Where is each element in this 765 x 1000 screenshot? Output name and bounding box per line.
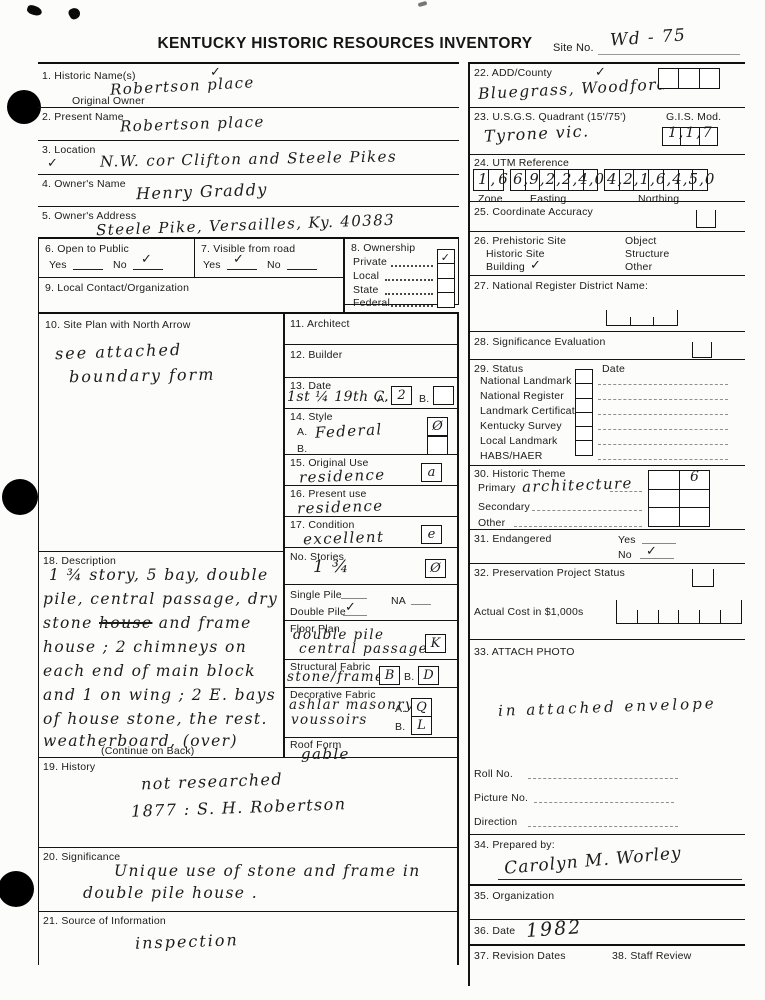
theme-grid bbox=[648, 470, 710, 527]
field-classification: 26. Prehistoric Site Historic Site Build… bbox=[468, 232, 745, 276]
no-label: No bbox=[113, 259, 127, 271]
pencil-mark bbox=[418, 1, 428, 7]
description-line: each end of main block bbox=[43, 662, 256, 680]
field-builder: 12. Builder bbox=[285, 345, 459, 378]
field-status: 29. Status Date National Landmark Nation… bbox=[468, 360, 745, 466]
add-county-codebox bbox=[658, 68, 720, 89]
nr-district-codebox bbox=[606, 310, 678, 326]
check-mark: ✓ bbox=[646, 544, 658, 559]
present-use-value: residence bbox=[297, 496, 384, 517]
code-value: Ø bbox=[432, 419, 443, 434]
structural-fabric-value: stone/frame bbox=[287, 669, 384, 685]
condition-codebox: e bbox=[421, 525, 442, 544]
na-label: NA bbox=[391, 595, 406, 607]
field-sig-eval: 28. Significance Evaluation bbox=[468, 332, 745, 360]
coordinate-accuracy-label: 25. Coordinate Accuracy bbox=[474, 206, 593, 218]
owners-address-value: Steele Pike, Versailles, Ky. 40383 bbox=[96, 211, 396, 239]
site-plan-line1: see attached bbox=[55, 340, 183, 363]
sig-eval-label: 28. Significance Evaluation bbox=[474, 336, 605, 348]
endangered-yes-label: Yes bbox=[618, 534, 636, 546]
status-national-landmark: National Landmark bbox=[480, 375, 572, 387]
theme-primary-label: Primary bbox=[478, 482, 516, 494]
style-b-codebox bbox=[427, 436, 448, 455]
no-label: No bbox=[267, 259, 281, 271]
field-source: 21. Source of Information inspection bbox=[38, 912, 459, 965]
hole-punch bbox=[2, 479, 38, 515]
site-no-label: Site No. bbox=[553, 42, 594, 55]
field-owners-address: 5. Owner's Address Steele Pike, Versaill… bbox=[38, 207, 459, 239]
field-local-contact: 9. Local Contact/Organization bbox=[38, 278, 345, 312]
field-organization: 35. Organization bbox=[468, 886, 745, 920]
decorative-fabric-a-label: A. bbox=[395, 703, 405, 715]
field-quadrant: 23. U.S.G.S. Quadrant (15'/75') G.I.S. M… bbox=[468, 108, 745, 155]
single-pile-label: Single Pile bbox=[290, 589, 342, 601]
site-no-value: Wd - 75 bbox=[609, 25, 687, 50]
yes-label: Yes bbox=[49, 259, 67, 271]
stories-value: 1 ¾ bbox=[313, 557, 350, 577]
code-value: B bbox=[385, 668, 395, 683]
status-landmark-certificate: Landmark Certificate bbox=[480, 405, 581, 417]
field-history: 19. History not researched 1877 : S. H. … bbox=[38, 758, 459, 848]
scan-artifact bbox=[67, 6, 82, 21]
field-revision-staff: 37. Revision Dates 38. Staff Review bbox=[468, 946, 745, 986]
local-contact-label: 9. Local Contact/Organization bbox=[45, 282, 189, 294]
date-a-codebox: 2 bbox=[391, 386, 412, 405]
prehistoric-site-label: 26. Prehistoric Site bbox=[474, 235, 566, 247]
add-county-label: 22. ADD/County bbox=[474, 67, 552, 79]
actual-cost-label: Actual Cost in $1,000s bbox=[474, 606, 583, 618]
ownership-federal-label: Federal bbox=[353, 297, 390, 309]
theme-primary-value: architecture bbox=[522, 474, 633, 496]
original-use-codebox: a bbox=[421, 463, 442, 482]
location-value: N.W. cor Clifton and Steele Pikes bbox=[100, 147, 397, 170]
field-owners-name: 4. Owner's Name Henry Graddy bbox=[38, 175, 459, 207]
code-value: e bbox=[428, 527, 436, 542]
staff-review-label: 38. Staff Review bbox=[612, 950, 691, 962]
field-endangered: 31. Endangered Yes No ✓ bbox=[468, 530, 745, 564]
description-line: house ; 2 chimneys on bbox=[43, 638, 247, 656]
add-county-value: Bluegrass, Woodford bbox=[478, 75, 669, 103]
date-a-label: A. bbox=[377, 393, 387, 405]
field-significance: 20. Significance Unique use of stone and… bbox=[38, 848, 459, 912]
field-original-use: 15. Original Use residence a bbox=[285, 455, 459, 486]
other-label: Other bbox=[625, 261, 652, 273]
field-ownership: 8. Ownership Private Local State Federal… bbox=[345, 239, 459, 305]
architect-label: 11. Architect bbox=[290, 318, 350, 330]
check-mark: ✓ bbox=[233, 252, 245, 267]
description-line-part: stone bbox=[43, 614, 93, 632]
original-owner-label: Original Owner bbox=[72, 95, 145, 107]
attach-photo-label: 33. ATTACH PHOTO bbox=[474, 646, 575, 658]
check-mark: ✓ bbox=[345, 600, 357, 615]
status-date-label: Date bbox=[602, 363, 625, 375]
description-line: pile, central passage, dry bbox=[43, 590, 278, 608]
present-name-value: Robertson place bbox=[120, 112, 265, 135]
code-value: D bbox=[423, 668, 433, 683]
field-structural-fabric: Structural Fabric stone/frame B B. D bbox=[285, 660, 459, 688]
original-use-value: residence bbox=[299, 465, 386, 486]
form-date-value: 1982 bbox=[525, 916, 583, 942]
field-utm: 24. UTM Reference 1,6 6,9,2,2,4,0 4,2,1,… bbox=[468, 155, 745, 202]
field-nr-district: 27. National Register District Name: bbox=[468, 276, 745, 332]
coordinate-accuracy-box bbox=[696, 210, 716, 228]
picture-no-label: Picture No. bbox=[474, 792, 528, 804]
scan-artifact bbox=[26, 4, 43, 17]
field-historic-name: 1. Historic Name(s) ✓ Robertson place Or… bbox=[38, 62, 459, 108]
actual-cost-codebox bbox=[616, 600, 742, 624]
field-add-county: 22. ADD/County ✓ Bluegrass, Woodford bbox=[468, 62, 745, 108]
description-line: and 1 on wing ; 2 E. bays bbox=[43, 686, 276, 704]
structural-fabric-a-codebox: B bbox=[379, 666, 400, 685]
ownership-private-label: Private bbox=[353, 256, 387, 268]
ownership-local-label: Local bbox=[353, 270, 379, 282]
preservation-box bbox=[692, 569, 714, 587]
field-preservation: 32. Preservation Project Status Actual C… bbox=[468, 564, 745, 640]
check-mark: ✓ bbox=[441, 251, 452, 264]
code-value: Q bbox=[416, 700, 427, 715]
status-habs-haer: HABS/HAER bbox=[480, 450, 542, 462]
description-line: stone house and frame bbox=[43, 614, 252, 632]
style-a-label: A. bbox=[297, 426, 307, 438]
date-built-value: 1st ¼ 19th C. bbox=[287, 389, 389, 405]
field-condition: 17. Condition excellent e bbox=[285, 517, 459, 548]
field-site-plan: 10. Site Plan with North Arrow see attac… bbox=[38, 312, 285, 552]
struck-word: house bbox=[99, 614, 152, 632]
history-line1: not researched bbox=[141, 770, 284, 794]
floor-plan-codebox: K bbox=[425, 634, 446, 653]
field-location: 3. Location ✓ N.W. cor Clifton and Steel… bbox=[38, 141, 459, 175]
structural-fabric-b-codebox: D bbox=[418, 666, 439, 685]
stories-codebox: Ø bbox=[425, 559, 446, 578]
double-pile-label: Double Pile bbox=[290, 606, 346, 618]
decorative-fabric-line2: voussoirs bbox=[291, 712, 368, 728]
checkbox-habs-haer bbox=[575, 440, 593, 456]
utm-label: 24. UTM Reference bbox=[474, 157, 569, 169]
style-a-codebox: Ø bbox=[427, 417, 448, 436]
utm-easting-value: 6,9,2,2,4,0 bbox=[513, 170, 605, 188]
utm-zone-value: 1,6 bbox=[478, 170, 511, 188]
code-value: 2 bbox=[397, 388, 405, 403]
check-mark: ✓ bbox=[530, 258, 542, 273]
significance-label: 20. Significance bbox=[43, 851, 120, 863]
theme-secondary-label: Secondary bbox=[478, 501, 530, 513]
status-local-landmark: Local Landmark bbox=[480, 435, 558, 447]
present-name-label: 2. Present Name bbox=[42, 111, 124, 123]
field-roof-form: Roof Form gable bbox=[285, 738, 459, 758]
field-form-date: 36. Date 1982 bbox=[468, 920, 745, 946]
field-photo-info: Roll No. Picture No. Direction bbox=[468, 758, 745, 834]
check-mark: ✓ bbox=[141, 252, 153, 267]
building-label: Building bbox=[486, 261, 525, 273]
significance-line1: Unique use of stone and frame in bbox=[114, 862, 421, 880]
field-prepared-by: 34. Prepared by: Carolyn M. Worley bbox=[468, 834, 745, 886]
ownership-checkbox-stack: ✓ bbox=[437, 251, 455, 308]
gis-mod-value: 1,1,7 bbox=[668, 125, 714, 141]
status-national-register: National Register bbox=[480, 390, 564, 402]
theme-code-value: 6 bbox=[690, 469, 700, 485]
check-mark: ✓ bbox=[47, 156, 59, 171]
code-value: L bbox=[417, 718, 426, 733]
quadrant-label: 23. U.S.G.S. Quadrant (15'/75') bbox=[474, 111, 626, 123]
structural-fabric-b-label: B. bbox=[404, 671, 414, 683]
field-stories: No. Stories 1 ¾ Ø bbox=[285, 548, 459, 585]
style-a-value: Federal bbox=[315, 420, 384, 442]
form-date-label: 36. Date bbox=[474, 925, 515, 937]
field-present-use: 16. Present use residence bbox=[285, 486, 459, 517]
date-b-codebox bbox=[433, 386, 454, 405]
code-value: Ø bbox=[430, 561, 441, 576]
utm-northing-value: 4,2,1,6,4,5,0 bbox=[607, 170, 715, 188]
object-label: Object bbox=[625, 235, 657, 247]
direction-label: Direction bbox=[474, 816, 517, 828]
field-date-built: 13. Date 1st ¼ 19th C. A. 2 B. bbox=[285, 378, 459, 409]
history-label: 19. History bbox=[43, 761, 95, 773]
organization-label: 35. Organization bbox=[474, 890, 554, 902]
ownership-label: 8. Ownership bbox=[351, 242, 415, 254]
description-line: of house stone, the rest. bbox=[43, 710, 268, 728]
prepared-by-label: 34. Prepared by: bbox=[474, 839, 555, 851]
condition-value: excellent bbox=[303, 528, 385, 549]
field-decorative-fabric: Decorative Fabric ashlar masonry, A. Q v… bbox=[285, 688, 459, 738]
code-value: a bbox=[428, 465, 436, 480]
revision-dates-label: 37. Revision Dates bbox=[474, 950, 566, 962]
field-floor-plan: Floor Plan double pile central passage K bbox=[285, 621, 459, 660]
decorative-fabric-b-label: B. bbox=[395, 721, 405, 733]
field-style: 14. Style A. Federal Ø B. bbox=[285, 409, 459, 455]
continue-on-back-note: (Continue on Back) bbox=[101, 745, 194, 757]
roof-form-value: gable bbox=[301, 745, 350, 763]
attach-photo-value: in attached envelope bbox=[498, 694, 717, 720]
preservation-label: 32. Preservation Project Status bbox=[474, 567, 625, 579]
site-no-line bbox=[598, 54, 740, 55]
status-checkbox-stack bbox=[575, 371, 593, 456]
field-attach-photo: 33. ATTACH PHOTO in attached envelope bbox=[468, 640, 745, 758]
description-line-part: and frame bbox=[159, 614, 252, 632]
sig-eval-box bbox=[692, 342, 712, 358]
source-label: 21. Source of Information bbox=[43, 915, 166, 927]
ownership-state-label: State bbox=[353, 284, 379, 296]
form-title: KENTUCKY HISTORIC RESOURCES INVENTORY bbox=[150, 35, 540, 53]
site-plan-line2: boundary form bbox=[69, 365, 216, 387]
visible-from-road-label: 7. Visible from road bbox=[201, 243, 295, 255]
hole-punch bbox=[0, 871, 34, 907]
endangered-no-label: No bbox=[618, 549, 632, 561]
field-pile: Single Pile NA Double Pile ✓ bbox=[285, 585, 459, 621]
style-label: 14. Style bbox=[290, 411, 333, 423]
style-b-label: B. bbox=[297, 443, 307, 455]
structure-label: Structure bbox=[625, 248, 669, 260]
significance-line2: double pile house . bbox=[83, 884, 258, 902]
status-label: 29. Status bbox=[474, 363, 523, 375]
yes-label: Yes bbox=[203, 259, 221, 271]
source-value: inspection bbox=[135, 930, 239, 953]
site-plan-label: 10. Site Plan with North Arrow bbox=[45, 319, 190, 331]
inventory-form-page: KENTUCKY HISTORIC RESOURCES INVENTORY Si… bbox=[0, 0, 765, 1000]
floor-plan-line2: central passage bbox=[299, 641, 428, 657]
description-line: 1 ¾ story, 5 bay, double bbox=[49, 566, 269, 584]
checkbox-federal bbox=[437, 292, 455, 308]
field-present-name: 2. Present Name Robertson place bbox=[38, 108, 459, 141]
theme-other-label: Other bbox=[478, 517, 505, 529]
location-label: 3. Location bbox=[42, 144, 96, 156]
open-to-public-label: 6. Open to Public bbox=[45, 243, 129, 255]
history-line2: 1877 : S. H. Robertson bbox=[131, 794, 347, 821]
field-visible-from-road: 7. Visible from road Yes ✓ No bbox=[195, 239, 345, 278]
code-value: K bbox=[431, 636, 441, 651]
decorative-fabric-b-codebox: L bbox=[411, 716, 432, 735]
field-coordinate-accuracy: 25. Coordinate Accuracy bbox=[468, 202, 745, 232]
nr-district-label: 27. National Register District Name: bbox=[474, 280, 648, 292]
hole-punch bbox=[7, 90, 41, 124]
owners-name-value: Henry Graddy bbox=[136, 180, 268, 204]
builder-label: 12. Builder bbox=[290, 349, 342, 361]
date-b-label: B. bbox=[419, 393, 429, 405]
status-kentucky-survey: Kentucky Survey bbox=[480, 420, 562, 432]
field-description: 18. Description 1 ¾ story, 5 bay, double… bbox=[38, 552, 285, 758]
owners-name-label: 4. Owner's Name bbox=[42, 178, 126, 190]
field-architect: 11. Architect bbox=[285, 312, 459, 345]
endangered-label: 31. Endangered bbox=[474, 533, 552, 545]
decorative-fabric-a-codebox: Q bbox=[411, 698, 432, 717]
field-historic-theme: 30. Historic Theme Primary architecture … bbox=[468, 466, 745, 530]
field-open-to-public: 6. Open to Public Yes No ✓ bbox=[38, 239, 195, 278]
gis-mod-label: G.I.S. Mod. bbox=[666, 111, 721, 123]
quadrant-value: Tyrone vic. bbox=[484, 121, 590, 145]
roll-no-label: Roll No. bbox=[474, 768, 513, 780]
